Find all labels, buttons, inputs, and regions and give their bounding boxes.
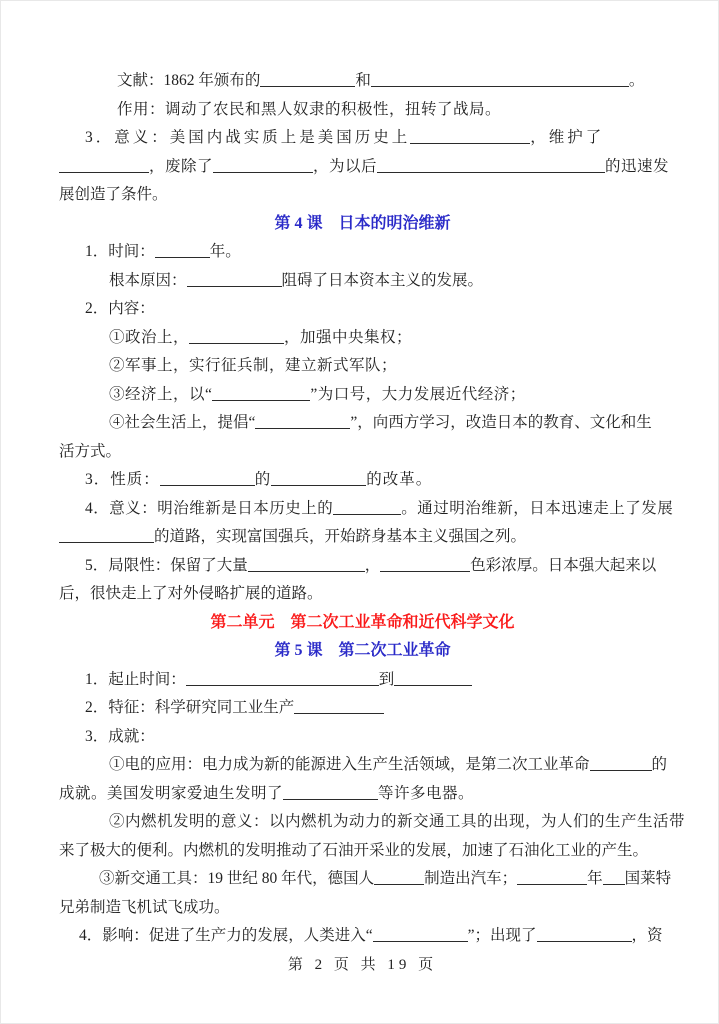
fill-in-blank xyxy=(248,557,365,572)
text-run: 年 xyxy=(587,870,603,887)
section-heading: 第 5 课 第二次工业革命 xyxy=(59,637,666,666)
text-run: 。通过明治维新，日本迅速走上了发展 xyxy=(401,500,673,517)
doc-line: 4．意义：明治维新是日本历史上的。通过明治维新，日本迅速走上了发展 xyxy=(59,495,666,524)
fill-in-blank xyxy=(590,756,652,771)
doc-line: 5．局限性：保留了大量，色彩浓厚。日本强大起来以 xyxy=(59,552,666,581)
text-run: ③新交通工具：19 世纪 80 年代，德国人 xyxy=(99,870,374,887)
text-run: 第二单元 第二次工业革命和近代科学文化 xyxy=(210,614,514,631)
text-run: ， xyxy=(365,557,381,574)
doc-line: ④社会生活上，提倡“”，向西方学习，改造日本的教育、文化和生 xyxy=(59,409,666,438)
fill-in-blank xyxy=(212,386,310,401)
text-run: 4．影响：促进了生产力的发展，人类进入“ xyxy=(79,927,373,944)
text-run: 1．起止时间： xyxy=(85,671,186,688)
text-run: 文献：1862 年颁布的 xyxy=(117,72,260,89)
fill-in-blank xyxy=(189,329,284,344)
text-run: ，加强中央集权； xyxy=(284,329,412,346)
fill-in-blank xyxy=(374,870,424,885)
doc-line: 兄弟制造飞机试飞成功。 xyxy=(59,894,666,923)
text-run: ”为口号，大力发展近代经济； xyxy=(310,386,525,403)
text-run: ，资 xyxy=(632,927,663,944)
doc-line: 活方式。 xyxy=(59,438,666,467)
text-run: 的 xyxy=(255,471,272,488)
doc-line: 3．意义：美国内战实质上是美国历史上，维护了 xyxy=(59,124,666,153)
fill-in-blank xyxy=(186,671,379,686)
document-page: 文献：1862 年颁布的和。作用：调动了农民和黑人奴隶的积极性，扭转了战局。3．… xyxy=(0,0,719,1024)
fill-in-blank xyxy=(537,927,632,942)
fill-in-blank xyxy=(371,72,629,87)
text-run: ，废除了 xyxy=(149,158,213,175)
doc-line: 的道路，实现富国强兵，开始跻身基本主义强国之列。 xyxy=(59,523,666,552)
text-run: 活方式。 xyxy=(59,443,121,460)
doc-line: 2．内容： xyxy=(59,295,666,324)
text-run: ”；出现了 xyxy=(468,927,537,944)
text-run: ③经济上，以“ xyxy=(109,386,212,403)
fill-in-blank xyxy=(59,158,149,173)
text-run: 2．特征：科学研究同工业生产 xyxy=(85,699,294,716)
text-run: 4．意义：明治维新是日本历史上的 xyxy=(85,500,333,517)
text-run: 的改革。 xyxy=(366,471,432,488)
fill-in-blank xyxy=(187,272,282,287)
text-run: 阻碍了日本资本主义的发展。 xyxy=(282,272,484,289)
doc-line: ③经济上，以“”为口号，大力发展近代经济； xyxy=(59,381,666,410)
fill-in-blank xyxy=(294,699,384,714)
page-footer: 第 2 页 共 19 页 xyxy=(59,951,666,980)
doc-line: 文献：1862 年颁布的和。 xyxy=(59,67,666,96)
doc-line: 4．影响：促进了生产力的发展，人类进入“”；出现了，资 xyxy=(59,922,666,951)
doc-line: 展创造了条件。 xyxy=(59,181,666,210)
text-run: 3．意义：美国内战实质上是美国历史上 xyxy=(85,129,410,146)
fill-in-blank xyxy=(271,471,366,486)
text-run: ①电的应用：电力成为新的能源进入生产生活领域，是第二次工业革命 xyxy=(109,756,590,773)
doc-line: 作用：调动了农民和黑人奴隶的积极性，扭转了战局。 xyxy=(59,96,666,125)
text-run: 作用：调动了农民和黑人奴隶的积极性，扭转了战局。 xyxy=(117,101,501,118)
fill-in-blank xyxy=(333,500,401,515)
text-run: 制造出汽车； xyxy=(424,870,517,887)
doc-line: 根本原因：阻碍了日本资本主义的发展。 xyxy=(59,267,666,296)
text-run: 成就。美国发明家爱迪生发明了 xyxy=(59,785,283,802)
text-run: 的迅速发 xyxy=(605,158,669,175)
text-run: 5．局限性：保留了大量 xyxy=(85,557,248,574)
fill-in-blank xyxy=(283,785,378,800)
text-run: ，维护了 xyxy=(530,129,604,146)
fill-in-blank xyxy=(213,158,313,173)
section-heading: 第二单元 第二次工业革命和近代科学文化 xyxy=(59,609,666,638)
doc-line: ②军事上，实行征兵制，建立新式军队； xyxy=(59,352,666,381)
doc-line: 1．起止时间：到 xyxy=(59,666,666,695)
fill-in-blank xyxy=(394,671,472,686)
text-run: 国莱特 xyxy=(625,870,672,887)
text-run: ②军事上，实行征兵制，建立新式军队； xyxy=(109,357,397,374)
text-run: ”，向西方学习，改造日本的教育、文化和生 xyxy=(350,414,651,431)
doc-line: ①电的应用：电力成为新的能源进入生产生活领域，是第二次工业革命的 xyxy=(59,751,666,780)
fill-in-blank xyxy=(59,528,154,543)
fill-in-blank xyxy=(380,557,470,572)
text-run: 的 xyxy=(652,756,668,773)
doc-line: ③新交通工具：19 世纪 80 年代，德国人制造出汽车；年国莱特 xyxy=(59,865,666,894)
text-run: 3．成就： xyxy=(85,728,155,745)
text-run: 色彩浓厚。日本强大起来以 xyxy=(470,557,656,574)
doc-line: 来了极大的便利。内燃机的发明推动了石油开采业的发展，加速了石油化工业的产生。 xyxy=(59,837,666,866)
fill-in-blank xyxy=(517,870,587,885)
text-run: 第 5 课 第二次工业革命 xyxy=(274,642,450,659)
doc-line: 3．性质：的的改革。 xyxy=(59,466,666,495)
text-run: 后，很快走上了对外侵略扩展的道路。 xyxy=(59,585,323,602)
section-heading: 第 4 课 日本的明治维新 xyxy=(59,210,666,239)
fill-in-blank xyxy=(377,158,605,173)
fill-in-blank xyxy=(410,129,530,144)
doc-line: 1．时间：年。 xyxy=(59,238,666,267)
doc-line: 后，很快走上了对外侵略扩展的道路。 xyxy=(59,580,666,609)
fill-in-blank xyxy=(160,471,255,486)
text-run: 的道路，实现富国强兵，开始跻身基本主义强国之列。 xyxy=(154,528,526,545)
fill-in-blank xyxy=(603,870,625,885)
text-run: 到 xyxy=(379,671,395,688)
text-run: 和 xyxy=(355,72,371,89)
doc-line: ，废除了，为以后的迅速发 xyxy=(59,153,666,182)
text-run: 展创造了条件。 xyxy=(59,186,168,203)
text-run: ①政治上， xyxy=(109,329,189,346)
text-run: 1．时间： xyxy=(85,243,155,260)
doc-line: ①政治上，，加强中央集权； xyxy=(59,324,666,353)
text-run: 3．性质： xyxy=(85,471,160,488)
doc-line: 3．成就： xyxy=(59,723,666,752)
fill-in-blank xyxy=(255,414,350,429)
text-run: ②内燃机发明的意义：以内燃机为动力的新交通工具的出现，为人们的生产生活带 xyxy=(109,813,685,830)
doc-line: 2．特征：科学研究同工业生产 xyxy=(59,694,666,723)
fill-in-blank xyxy=(260,72,355,87)
text-run: 兄弟制造飞机试飞成功。 xyxy=(59,899,230,916)
doc-line: 成就。美国发明家爱迪生发明了等许多电器。 xyxy=(59,780,666,809)
text-run: 年。 xyxy=(210,243,241,260)
text-run: 第 2 页 共 19 页 xyxy=(288,957,437,973)
text-run: 2．内容： xyxy=(85,300,155,317)
document-body: 文献：1862 年颁布的和。作用：调动了农民和黑人奴隶的积极性，扭转了战局。3．… xyxy=(59,67,666,979)
text-run: ④社会生活上，提倡“ xyxy=(109,414,255,431)
doc-line: ②内燃机发明的意义：以内燃机为动力的新交通工具的出现，为人们的生产生活带 xyxy=(59,808,666,837)
text-run: 来了极大的便利。内燃机的发明推动了石油开采业的发展，加速了石油化工业的产生。 xyxy=(59,842,648,859)
text-run: ，为以后 xyxy=(313,158,377,175)
text-run: 根本原因： xyxy=(109,272,187,289)
text-run: 等许多电器。 xyxy=(378,785,474,802)
text-run: 。 xyxy=(629,72,645,89)
fill-in-blank xyxy=(155,243,210,258)
text-run: 第 4 课 日本的明治维新 xyxy=(274,215,450,232)
fill-in-blank xyxy=(373,927,468,942)
